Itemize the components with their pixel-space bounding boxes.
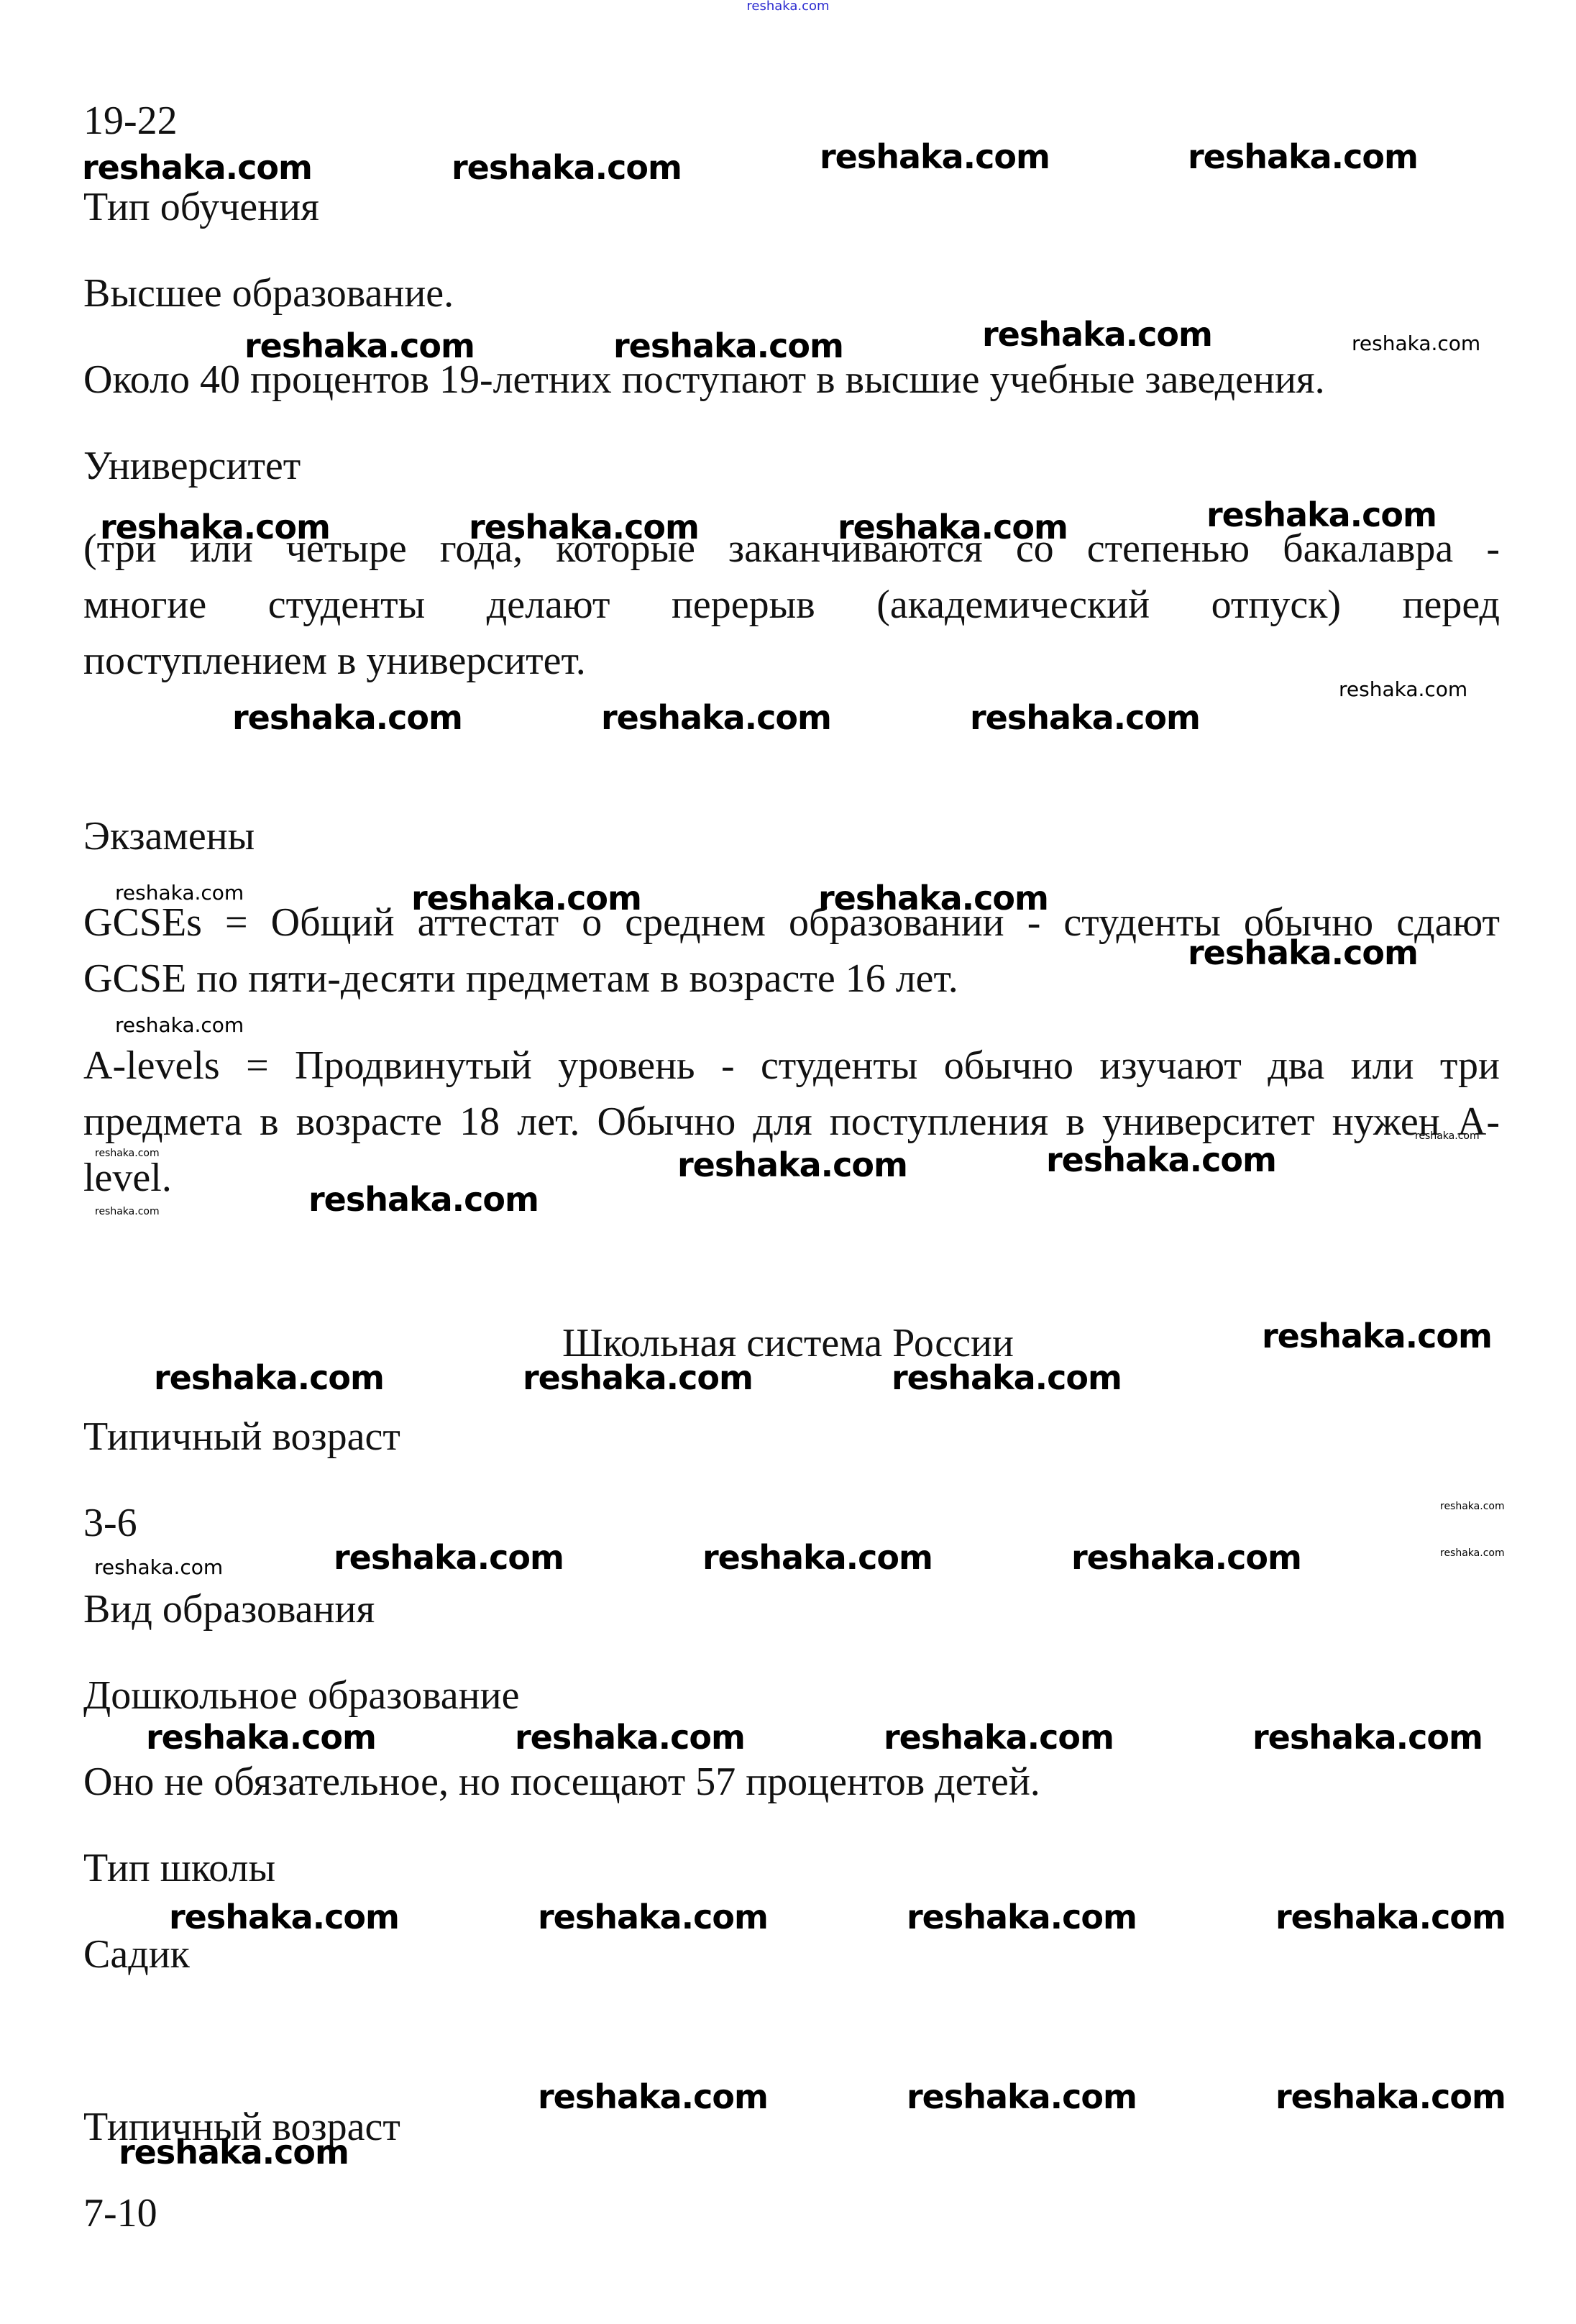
uk-type-label: Тип обучения xyxy=(83,187,319,227)
watermark: reshaka.com xyxy=(1440,1501,1505,1511)
watermark: reshaka.com xyxy=(601,701,831,734)
watermark: reshaka.com xyxy=(154,1361,384,1394)
watermark: reshaka.com xyxy=(115,1015,244,1035)
watermark: reshaka.com xyxy=(970,701,1200,734)
watermark: reshaka.com xyxy=(538,1900,768,1934)
watermark: reshaka.com xyxy=(115,883,244,903)
watermark: reshaka.com xyxy=(95,1148,160,1158)
header-watermark: reshaka.com xyxy=(746,0,829,14)
watermark: reshaka.com xyxy=(95,1207,160,1217)
watermark: reshaka.com xyxy=(1188,140,1418,173)
watermark: reshaka.com xyxy=(469,511,699,544)
watermark: reshaka.com xyxy=(119,2136,349,2169)
watermark: reshaka.com xyxy=(1352,334,1480,354)
watermark: reshaka.com xyxy=(411,882,641,915)
watermark: reshaka.com xyxy=(677,1148,907,1181)
watermark: reshaka.com xyxy=(538,2080,768,2113)
watermark: reshaka.com xyxy=(244,329,475,362)
watermark: reshaka.com xyxy=(818,882,1048,915)
watermark: reshaka.com xyxy=(146,1721,376,1754)
watermark: reshaka.com xyxy=(523,1361,753,1394)
watermark: reshaka.com xyxy=(1440,1548,1505,1558)
uk-school-description: (три или четыре года, которые заканчиваю… xyxy=(83,527,1500,695)
watermark: reshaka.com xyxy=(1275,2080,1506,2113)
watermark: reshaka.com xyxy=(452,151,682,184)
uk-stat: Около 40 процентов 19-летних поступают в… xyxy=(83,360,1325,400)
text-line: многие студенты делают перерыв (академич… xyxy=(83,583,1500,639)
watermark: reshaka.com xyxy=(613,329,843,362)
watermark: reshaka.com xyxy=(838,511,1068,544)
watermark: reshaka.com xyxy=(892,1361,1122,1394)
uk-exams-label: Экзамены xyxy=(83,816,255,856)
watermark: reshaka.com xyxy=(702,1541,933,1574)
header-watermark-row: reshaka.com xyxy=(0,0,1576,14)
watermark: reshaka.com xyxy=(232,701,462,734)
uk-school-label: Университет xyxy=(83,446,301,486)
watermark: reshaka.com xyxy=(982,318,1212,351)
watermark: reshaka.com xyxy=(308,1183,539,1216)
watermark: reshaka.com xyxy=(1339,680,1467,700)
russia-age-label-1: Типичный возраст xyxy=(83,1417,400,1457)
russia-school-type-value: Садик xyxy=(83,1934,190,1975)
watermark: reshaka.com xyxy=(515,1721,745,1754)
watermark: reshaka.com xyxy=(907,1900,1137,1934)
watermark: reshaka.com xyxy=(884,1721,1114,1754)
watermark: reshaka.com xyxy=(907,2080,1137,2113)
watermark: reshaka.com xyxy=(82,151,312,184)
uk-age-range: 19-22 xyxy=(83,101,178,141)
russia-kind-value: Дошкольное образование xyxy=(83,1675,519,1716)
russia-kind-note: Оно не обязательное, но посещают 57 проц… xyxy=(83,1762,1040,1802)
watermark: reshaka.com xyxy=(1206,498,1437,531)
text-line: поступлением в университет. xyxy=(83,639,1500,695)
watermark: reshaka.com xyxy=(1188,936,1418,969)
russia-school-type-label: Тип школы xyxy=(83,1848,275,1888)
watermark: reshaka.com xyxy=(1252,1721,1483,1754)
watermark: reshaka.com xyxy=(1071,1541,1301,1574)
watermark: reshaka.com xyxy=(100,511,330,544)
watermark: reshaka.com xyxy=(1415,1131,1480,1141)
uk-type-value: Высшее образование. xyxy=(83,273,454,314)
document-page: reshaka.com 19-22 Тип обучения Высшее об… xyxy=(0,0,1576,2324)
watermark: reshaka.com xyxy=(1275,1900,1506,1934)
watermark: reshaka.com xyxy=(94,1557,223,1578)
watermark: reshaka.com xyxy=(1046,1143,1276,1176)
russia-kind-label: Вид образования xyxy=(83,1589,375,1629)
text-line: A-levels = Продвинутый уровень - студент… xyxy=(83,1044,1500,1100)
watermark: reshaka.com xyxy=(820,140,1050,173)
russia-age-value-2: 7-10 xyxy=(83,2193,157,2233)
watermark: reshaka.com xyxy=(334,1541,564,1574)
uk-alevel-description: A-levels = Продвинутый уровень - студент… xyxy=(83,1044,1500,1212)
watermark: reshaka.com xyxy=(169,1900,399,1934)
watermark: reshaka.com xyxy=(1262,1319,1492,1353)
russia-age-value-1: 3-6 xyxy=(83,1503,137,1543)
